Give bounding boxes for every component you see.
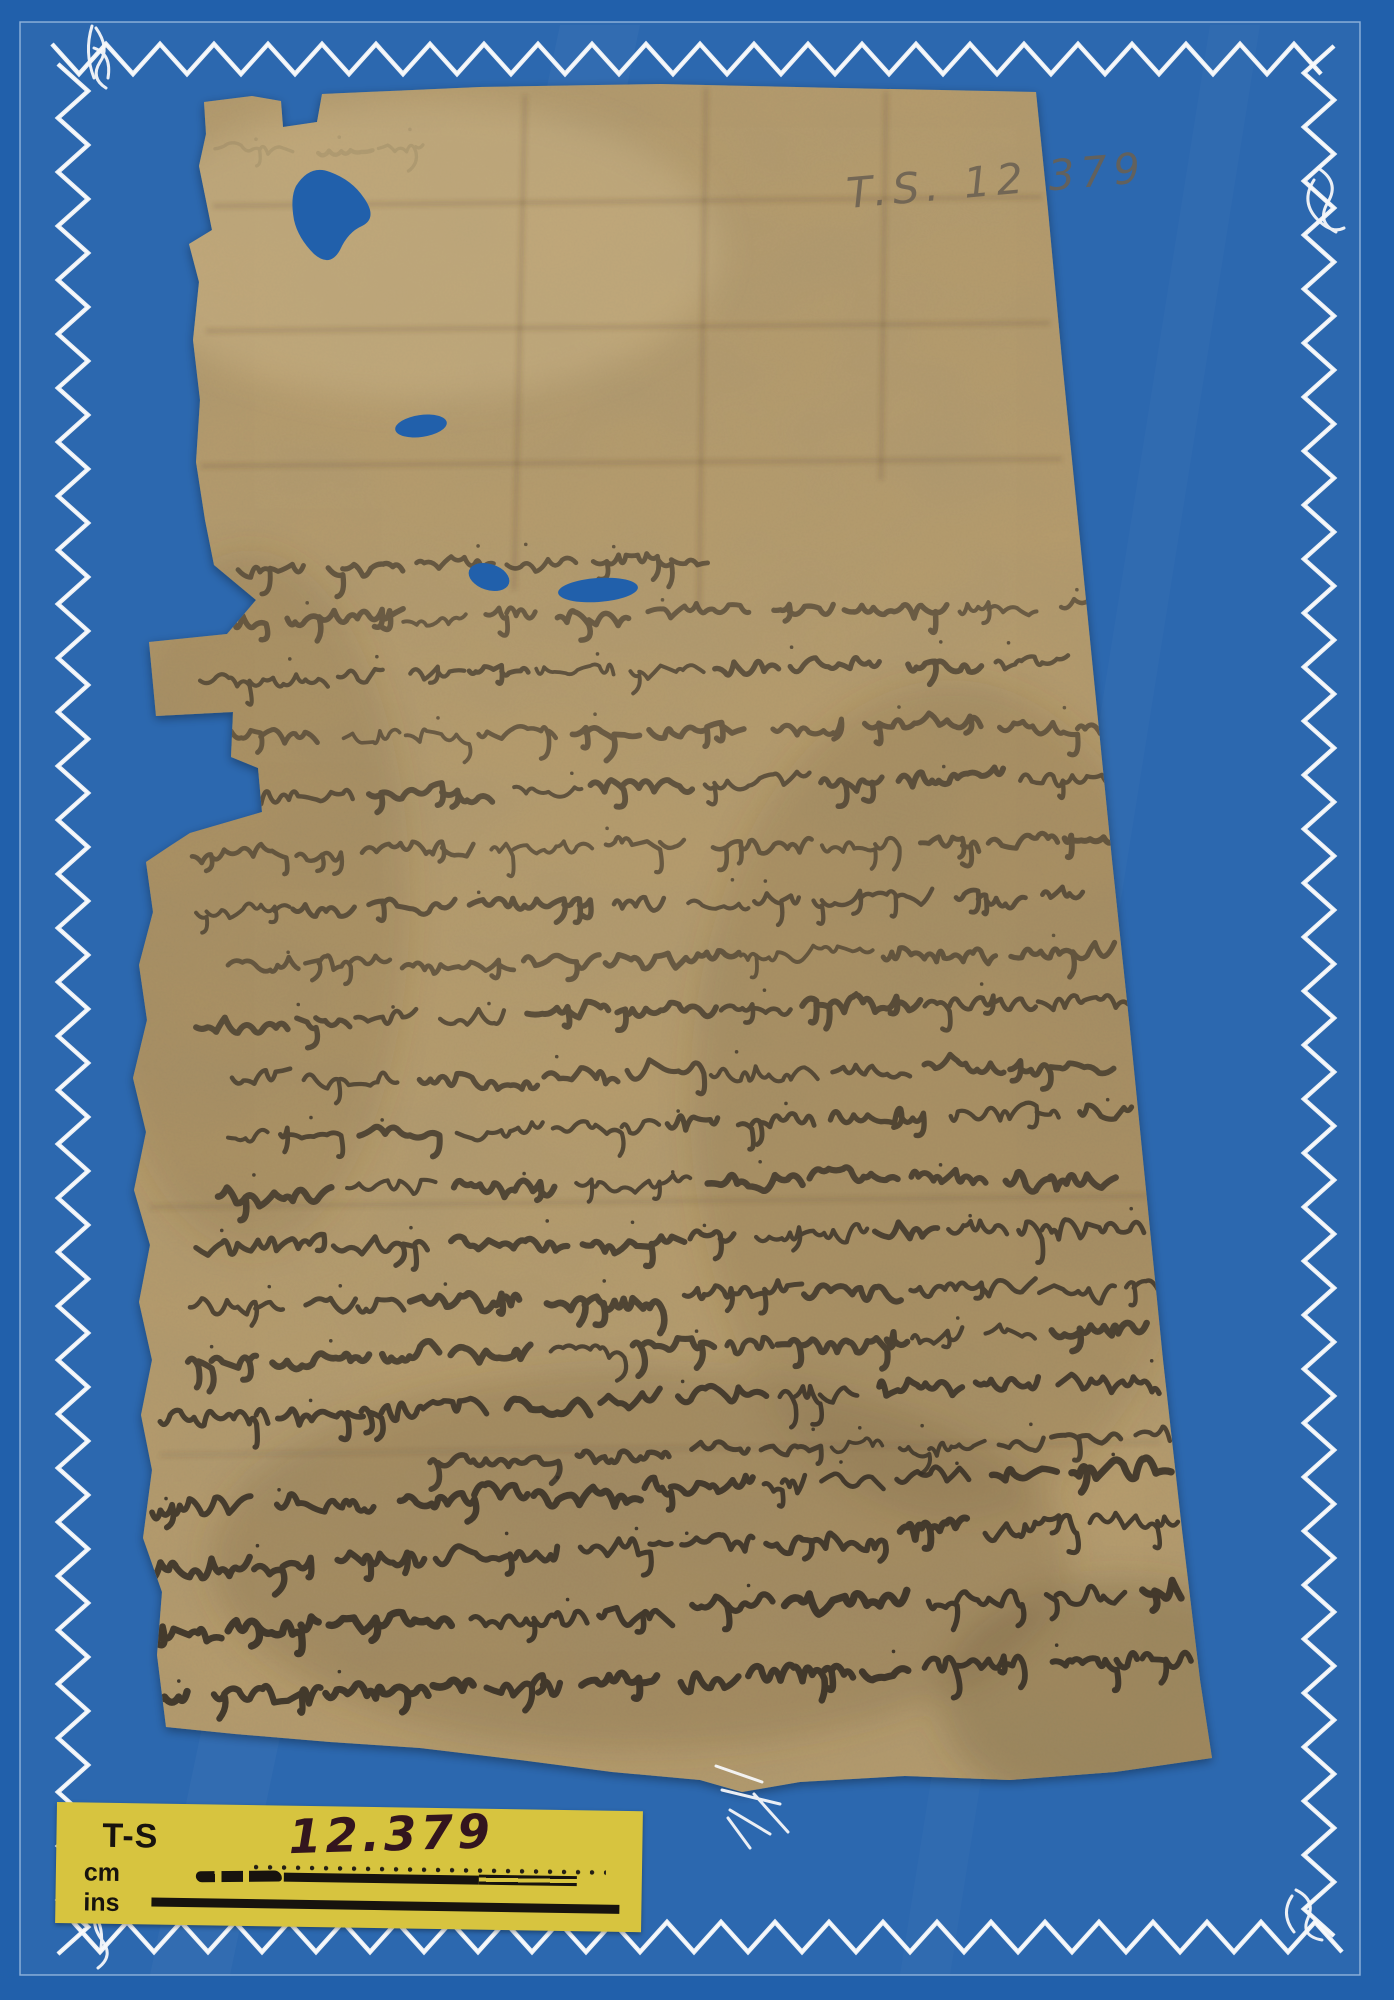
label-unit-cm: cm [84, 1858, 121, 1888]
label-shelfmark-handwritten: 12.379 [288, 1804, 495, 1865]
cm-scale-bar-thick [284, 1873, 479, 1885]
label-collection-prefix: T-S [102, 1817, 159, 1857]
shelfmark-label: T-S 12.379 cm ins [55, 1802, 643, 1932]
ins-scale-bar [151, 1897, 619, 1913]
genizah-fragment-photograph: T.S. 12 379 T-S 12.379 cm ins [0, 0, 1394, 2000]
cm-scale-bar-worn [196, 1870, 282, 1882]
cm-scale-bar-lines [479, 1875, 577, 1887]
label-unit-ins: ins [83, 1888, 120, 1918]
manuscript-photo: T.S. 12 379 [0, 0, 1394, 2000]
